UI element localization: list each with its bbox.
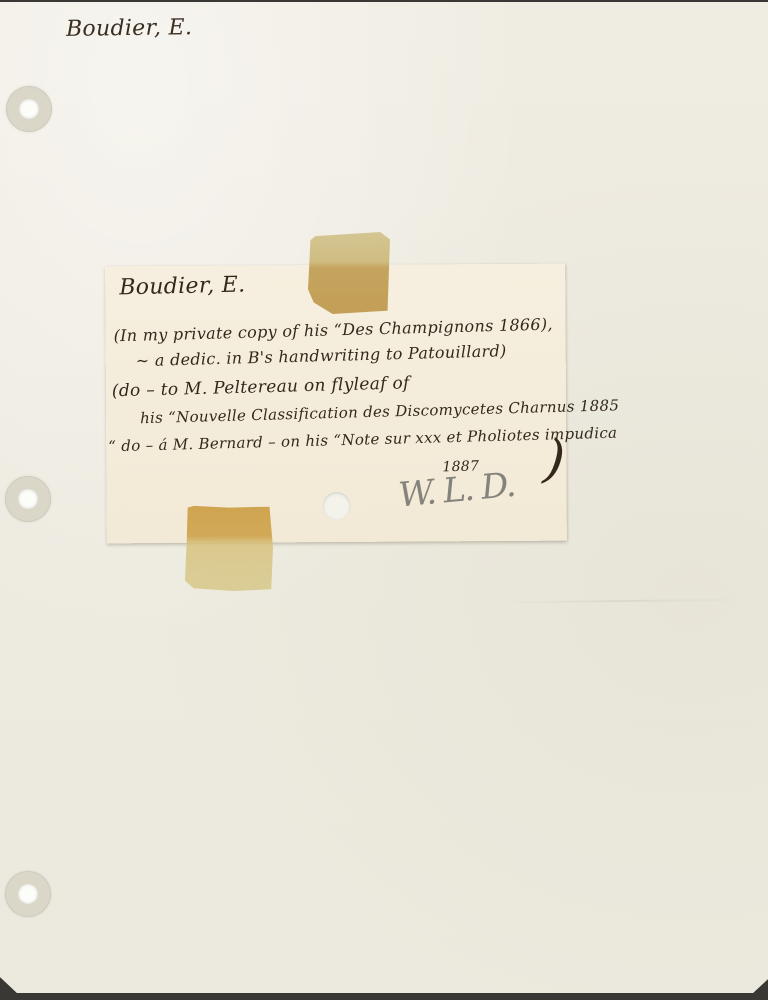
punch-hole-middle xyxy=(18,489,38,509)
pencil-initials: W. L. D. xyxy=(397,465,516,516)
card-punch-hole xyxy=(323,492,351,520)
punch-hole-reinforcement-top xyxy=(6,86,52,132)
paper-crease xyxy=(500,599,750,604)
card-line-2: ~ a dedic. in B's handwriting to Patouil… xyxy=(135,341,506,370)
album-page: Boudier, E. Boudier, E. (In my private c… xyxy=(0,2,768,993)
card-title: Boudier, E. xyxy=(119,272,246,300)
closing-paren: ) xyxy=(541,429,567,491)
scan-background: Boudier, E. Boudier, E. (In my private c… xyxy=(0,0,768,1000)
tape-top xyxy=(308,232,390,314)
card-line-5: “ do – á M. Bernard – on his “Note sur x… xyxy=(108,424,618,456)
tape-bottom-left xyxy=(185,505,273,591)
page-header-annotation: Boudier, E. xyxy=(66,15,193,42)
punch-hole-top xyxy=(19,99,39,119)
card-line-4: his “Nouvelle Classification des Discomy… xyxy=(140,396,620,427)
punch-hole-reinforcement-middle xyxy=(5,476,51,522)
card-line-3: (do – to M. Peltereau on flyleaf of xyxy=(112,373,410,401)
punch-hole-reinforcement-bottom xyxy=(5,871,51,917)
punch-hole-bottom xyxy=(18,884,38,904)
